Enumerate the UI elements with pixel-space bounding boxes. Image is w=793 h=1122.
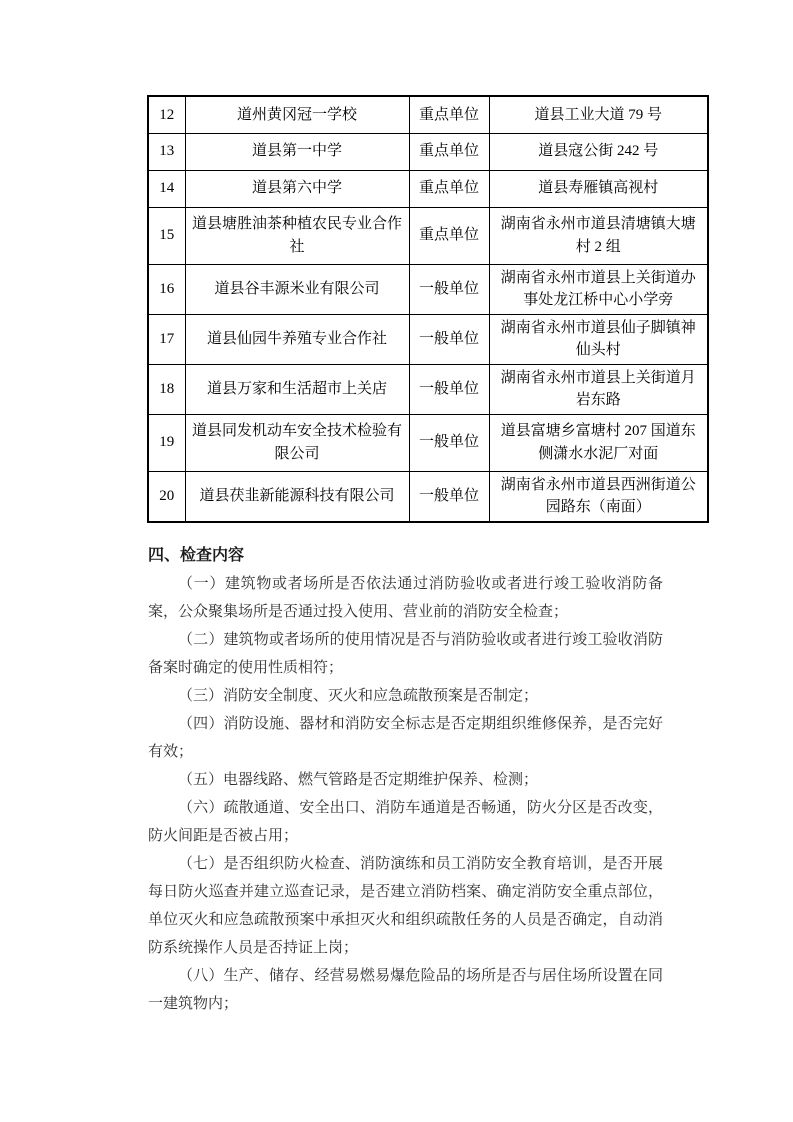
- unit-name: 道县万家和生活超市上关店: [185, 364, 409, 414]
- inspection-item-1: （一）建筑物或者场所是否依法通过消防验收或者进行竣工验收消防备案，公众聚集场所是…: [148, 570, 663, 626]
- table-row: 12 道州黄冈冠一学校 重点单位 道县工业大道 79 号: [148, 96, 708, 133]
- unit-address: 湖南省永州市道县仙子脚镇神仙头村: [489, 314, 708, 364]
- unit-name: 道县谷丰源米业有限公司: [185, 264, 409, 314]
- unit-address: 湖南省永州市道县清塘镇大塘村 2 组: [489, 207, 708, 264]
- unit-name: 道县第六中学: [185, 170, 409, 207]
- units-table-body: 12 道州黄冈冠一学校 重点单位 道县工业大道 79 号 13 道县第一中学 重…: [148, 96, 708, 522]
- unit-name: 道县仙园牛养殖专业合作社: [185, 314, 409, 364]
- unit-type: 一般单位: [409, 414, 489, 471]
- unit-index: 20: [148, 471, 185, 522]
- unit-name: 道县塘胜油茶种植农民专业合作社: [185, 207, 409, 264]
- unit-address: 湖南省永州市道县西洲街道公园路东（南面）: [489, 471, 708, 522]
- unit-address: 道县工业大道 79 号: [489, 96, 708, 133]
- unit-address: 湖南省永州市道县上关街道办事处龙江桥中心小学旁: [489, 264, 708, 314]
- inspection-item-6: （六）疏散通道、安全出口、消防车通道是否畅通，防火分区是否改变，防火间距是否被占…: [148, 794, 663, 850]
- unit-index: 12: [148, 96, 185, 133]
- inspection-item-5: （五）电器线路、燃气管路是否定期维护保养、检测；: [148, 766, 663, 794]
- table-row: 15 道县塘胜油茶种植农民专业合作社 重点单位 湖南省永州市道县清塘镇大塘村 2…: [148, 207, 708, 264]
- unit-index: 19: [148, 414, 185, 471]
- unit-address: 道县寇公街 242 号: [489, 133, 708, 170]
- unit-index: 18: [148, 364, 185, 414]
- unit-name: 道州黄冈冠一学校: [185, 96, 409, 133]
- unit-type: 一般单位: [409, 314, 489, 364]
- unit-index: 13: [148, 133, 185, 170]
- unit-name: 道县同发机动车安全技术检验有限公司: [185, 414, 409, 471]
- inspection-item-3: （三）消防安全制度、灭火和应急疏散预案是否制定；: [148, 682, 663, 710]
- table-row: 18 道县万家和生活超市上关店 一般单位 湖南省永州市道县上关街道月岩东路: [148, 364, 708, 414]
- table-row: 16 道县谷丰源米业有限公司 一般单位 湖南省永州市道县上关街道办事处龙江桥中心…: [148, 264, 708, 314]
- unit-address: 湖南省永州市道县上关街道月岩东路: [489, 364, 708, 414]
- unit-index: 15: [148, 207, 185, 264]
- unit-type: 重点单位: [409, 170, 489, 207]
- table-row: 14 道县第六中学 重点单位 道县寿雁镇高视村: [148, 170, 708, 207]
- inspection-item-2: （二）建筑物或者场所的使用情况是否与消防验收或者进行竣工验收消防备案时确定的使用…: [148, 626, 663, 682]
- unit-index: 16: [148, 264, 185, 314]
- unit-type: 重点单位: [409, 96, 489, 133]
- unit-type: 重点单位: [409, 133, 489, 170]
- inspection-item-4: （四）消防设施、器材和消防安全标志是否定期组织维修保养，是否完好有效；: [148, 710, 663, 766]
- section-heading: 四、检查内容: [148, 542, 663, 570]
- unit-name: 道县茯韭新能源科技有限公司: [185, 471, 409, 522]
- inspection-section: 四、检查内容 （一）建筑物或者场所是否依法通过消防验收或者进行竣工验收消防备案，…: [148, 542, 663, 1018]
- unit-type: 一般单位: [409, 364, 489, 414]
- unit-type: 一般单位: [409, 264, 489, 314]
- table-row: 17 道县仙园牛养殖专业合作社 一般单位 湖南省永州市道县仙子脚镇神仙头村: [148, 314, 708, 364]
- unit-index: 17: [148, 314, 185, 364]
- inspection-item-8: （八）生产、储存、经营易燃易爆危险品的场所是否与居住场所设置在同一建筑物内；: [148, 962, 663, 1018]
- table-row: 13 道县第一中学 重点单位 道县寇公街 242 号: [148, 133, 708, 170]
- table-row: 20 道县茯韭新能源科技有限公司 一般单位 湖南省永州市道县西洲街道公园路东（南…: [148, 471, 708, 522]
- unit-index: 14: [148, 170, 185, 207]
- table-row: 19 道县同发机动车安全技术检验有限公司 一般单位 道县富塘乡富塘村 207 国…: [148, 414, 708, 471]
- unit-address: 道县富塘乡富塘村 207 国道东侧潇水水泥厂对面: [489, 414, 708, 471]
- unit-type: 一般单位: [409, 471, 489, 522]
- document-page: 12 道州黄冈冠一学校 重点单位 道县工业大道 79 号 13 道县第一中学 重…: [0, 0, 793, 1122]
- inspection-item-7: （七）是否组织防火检查、消防演练和员工消防安全教育培训，是否开展每日防火巡查并建…: [148, 850, 663, 962]
- unit-address: 道县寿雁镇高视村: [489, 170, 708, 207]
- unit-name: 道县第一中学: [185, 133, 409, 170]
- units-table: 12 道州黄冈冠一学校 重点单位 道县工业大道 79 号 13 道县第一中学 重…: [147, 95, 709, 523]
- unit-type: 重点单位: [409, 207, 489, 264]
